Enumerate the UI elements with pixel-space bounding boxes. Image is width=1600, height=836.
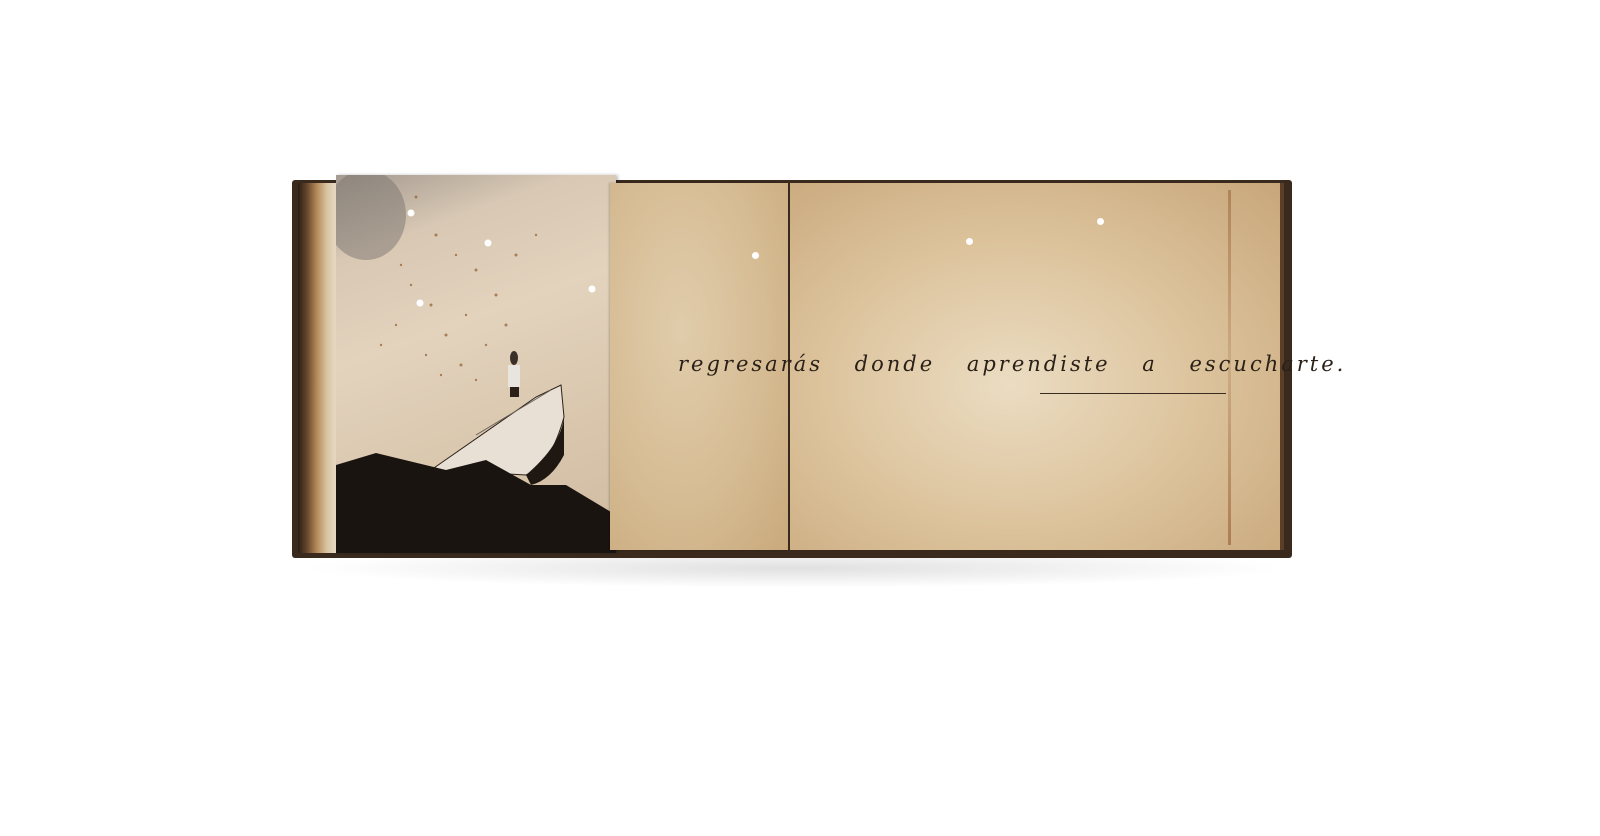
book-photo-scene: regresarás donde aprendiste a escucharte…	[0, 0, 1600, 836]
boat-wave-illustration	[336, 175, 616, 553]
paper-hole	[752, 252, 759, 259]
paper-hole	[1097, 218, 1104, 225]
collage-photo-page	[336, 175, 616, 553]
handwritten-underline	[1040, 393, 1226, 394]
handwritten-text: regresarás donde aprendiste a escucharte…	[678, 352, 1258, 392]
paper-hole	[966, 238, 973, 245]
